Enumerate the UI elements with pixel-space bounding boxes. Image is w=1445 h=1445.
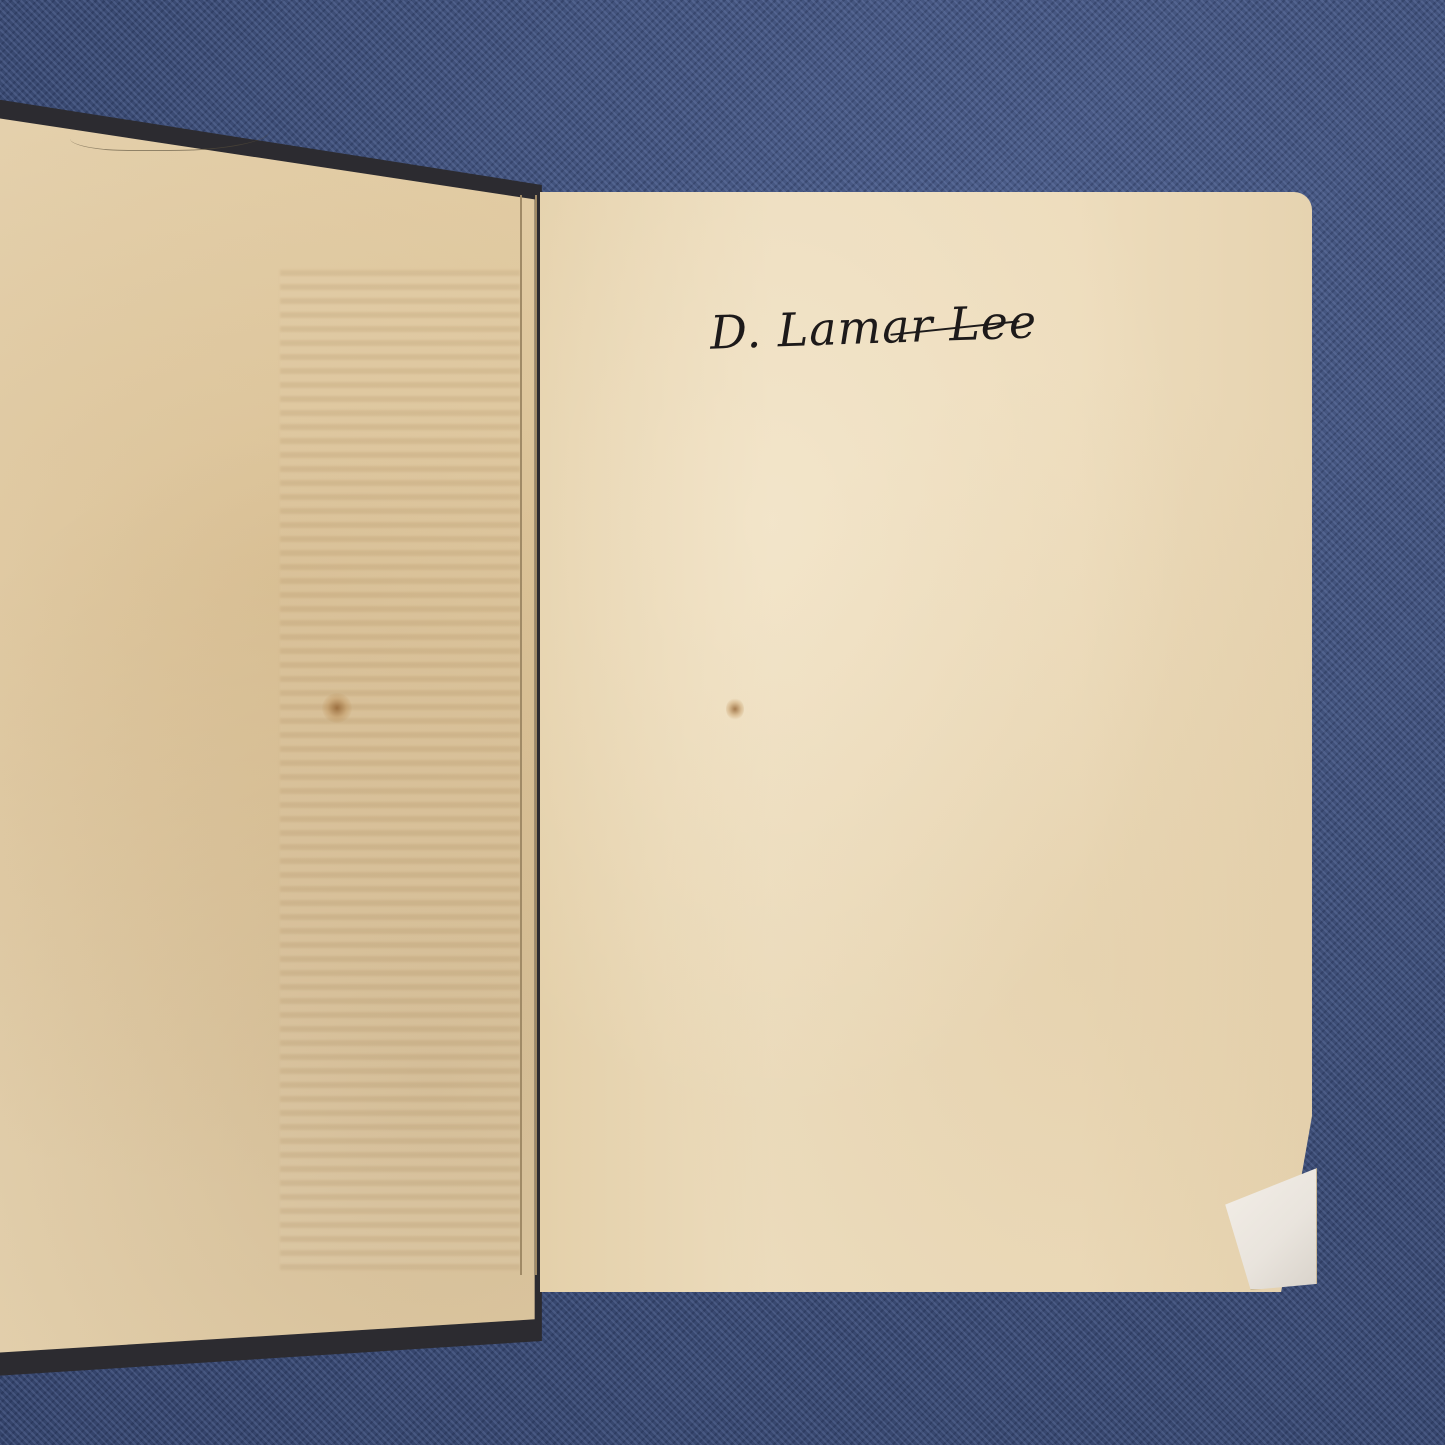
spine-hinge-right [535,195,537,1275]
ink-signature: D. Lamar Lee [709,294,1038,359]
foxing-spot-left [322,693,352,723]
water-stain [280,270,520,1270]
page-crease [70,110,270,151]
spine-hinge-left [520,195,522,1275]
foxing-spot-right [726,698,744,720]
photo-scene: D. Lamar Lee [0,0,1445,1445]
right-flyleaf-page [540,192,1312,1292]
